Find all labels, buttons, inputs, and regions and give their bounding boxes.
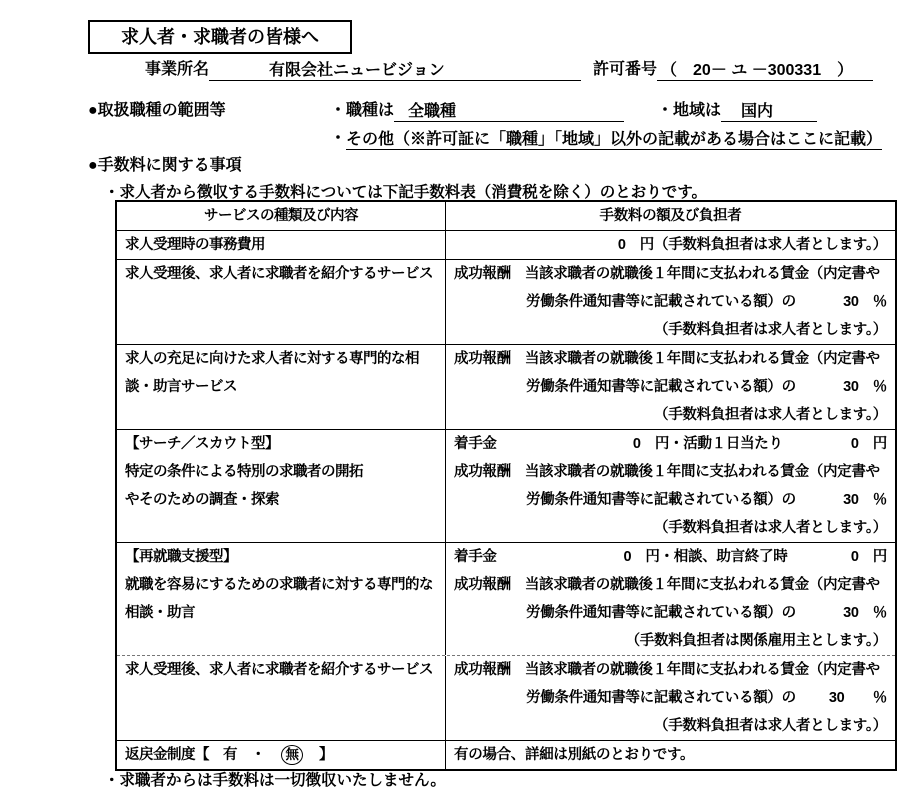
service-cell: 求人受理後、求人者に求職者を紹介するサービス	[117, 260, 446, 344]
area-label: ・地域は	[657, 102, 721, 119]
service-cell: 返戻金制度【 有 ・ 無 】	[117, 741, 446, 769]
fee-column-header: 手数料の額及び負担者	[446, 202, 895, 230]
office-name-label: 事業所名	[145, 61, 209, 78]
table-row: 【再就職支援型】 就職を容易にするための求職者に対する専門的な 相談・助言 着手…	[117, 542, 895, 655]
service-column-header: サービスの種類及び内容	[117, 202, 446, 230]
table-row: 求人受理時の事務費用 0 円（手数料負担者は求人者とします。）	[117, 230, 895, 259]
permit-number-label: 許可番号	[593, 61, 657, 78]
service-cell: 【再就職支援型】 就職を容易にするための求職者に対する専門的な 相談・助言	[117, 543, 446, 655]
footer-note: ・求職者からは手数料は一切徴収いたしません。	[104, 770, 446, 792]
fee-cell: 成功報酬当該求職者の就職後１年間に支払われる賃金（内定書や 労働条件通知書等に記…	[446, 260, 895, 344]
table-row: 求人受理後、求人者に求職者を紹介するサービス 成功報酬当該求職者の就職後１年間に…	[117, 655, 895, 740]
refund-choice-none-circled: 無	[281, 745, 303, 765]
fee-cell: 有の場合、詳細は別紙のとおりです。	[446, 741, 895, 769]
service-cell: 求人の充足に向けた求人者に対する専門的な相 談・助言サービス	[117, 345, 446, 429]
table-row: 【サーチ／スカウト型】 特定の条件による特別の求職者の開拓 やそのための調査・探…	[117, 429, 895, 542]
service-cell: 求人受理後、求人者に求職者を紹介するサービス	[117, 656, 446, 740]
occupation-value: 全職種	[394, 101, 624, 122]
page-title: 求人者・求職者の皆様へ	[88, 20, 352, 54]
refund-label-prefix: 返戻金制度【 有 ・	[125, 747, 279, 763]
other-note-bullet: ・	[330, 130, 346, 147]
refund-label-suffix: 】	[305, 747, 333, 763]
other-note-text: その他（※許可証に「職種」「地域」以外の記載がある場合はここに記載）	[346, 129, 882, 150]
fees-section-heading: ●手数料に関する事項	[88, 155, 242, 177]
area-line: ・地域は国内	[657, 100, 817, 122]
other-note-line: ・その他（※許可証に「職種」「地域」以外の記載がある場合はここに記載）	[330, 128, 882, 150]
table-header-row: サービスの種類及び内容 手数料の額及び負担者	[117, 202, 895, 230]
fee-cell: 成功報酬当該求職者の就職後１年間に支払われる賃金（内定書や 労働条件通知書等に記…	[446, 345, 895, 429]
scope-section-heading: ●取扱職種の範囲等	[88, 100, 226, 122]
refund-row: 返戻金制度【 有 ・ 無 】 有の場合、詳細は別紙のとおりです。	[117, 740, 895, 769]
table-row: 求人の充足に向けた求人者に対する専門的な相 談・助言サービス 成功報酬当該求職者…	[117, 344, 895, 429]
table-row: 求人受理後、求人者に求職者を紹介するサービス 成功報酬当該求職者の就職後１年間に…	[117, 259, 895, 344]
office-name-line: 事業所名有限会社ニュービジョン	[145, 59, 581, 81]
fee-cell: 0 円（手数料負担者は求人者とします。）	[446, 231, 895, 259]
permit-number-line: 許可番号（ 20－ ユ －300331 ）	[593, 59, 873, 81]
area-value: 国内	[721, 101, 817, 122]
office-name-value: 有限会社ニュービジョン	[209, 60, 581, 81]
fee-table: サービスの種類及び内容 手数料の額及び負担者 求人受理時の事務費用 0 円（手数…	[115, 200, 897, 771]
fee-cell: 成功報酬当該求職者の就職後１年間に支払われる賃金（内定書や 労働条件通知書等に記…	[446, 656, 895, 740]
service-cell: 求人受理時の事務費用	[117, 231, 446, 259]
fee-cell: 着手金0 円・相談、助言終了時0 円 成功報酬当該求職者の就職後１年間に支払われ…	[446, 543, 895, 655]
permit-number-value: （ 20－ ユ －300331 ）	[657, 60, 873, 81]
fee-cell: 着手金0 円・活動１日当たり0 円 成功報酬当該求職者の就職後１年間に支払われる…	[446, 430, 895, 542]
occupation-line: ・職種は全職種	[330, 100, 624, 122]
occupation-label: ・職種は	[330, 102, 394, 119]
service-cell: 【サーチ／スカウト型】 特定の条件による特別の求職者の開拓 やそのための調査・探…	[117, 430, 446, 542]
